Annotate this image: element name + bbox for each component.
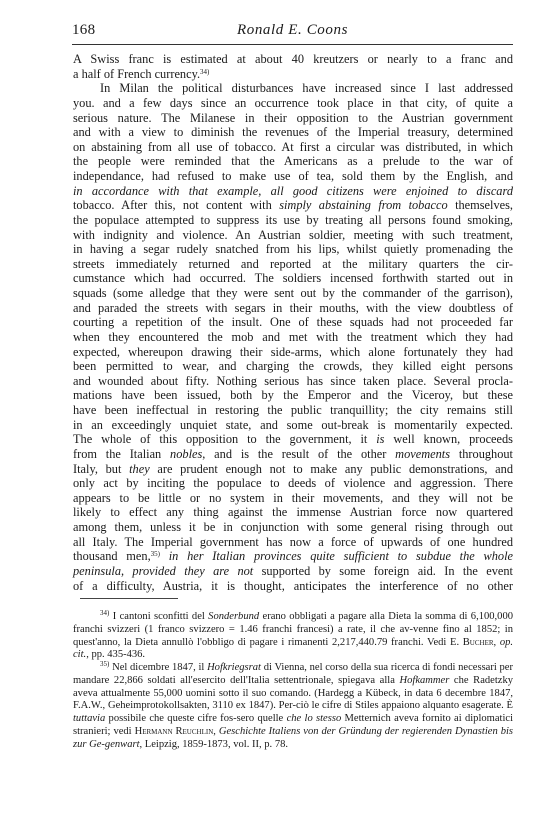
footnotes: 34) I cantoni sconfitti del Sonderbund e… [73, 611, 513, 751]
body-line: peninsula, provided they are not support… [73, 564, 513, 579]
body-line-text: throughout [450, 447, 513, 461]
body-line: the people were reminded that the Americ… [73, 154, 513, 169]
body-line-text: thousand men, [73, 549, 151, 563]
footnote-ref-34[interactable]: 34) [200, 68, 209, 76]
body-line: and paraded the streets with segars in t… [73, 301, 513, 316]
body-line: squads (some alledge that they were sent… [73, 286, 513, 301]
body-line: expected, whereupon drawing their side-a… [73, 345, 513, 360]
footnote-number: 35) [100, 660, 109, 668]
body-line-text: well known, proceeds [384, 432, 513, 446]
body-text: A Swiss franc is estimated at about 40 k… [73, 52, 513, 593]
emphasis: Hofkriegsrat [207, 662, 261, 673]
body-line: in an exceedingly unquiet state, and som… [73, 418, 513, 433]
body-line: been permitted to wear, and charging the… [73, 359, 513, 374]
body-line: of a difficulty, Austria, it is thought,… [73, 579, 513, 594]
body-line-text: Italy, but [73, 462, 129, 476]
body-line: in having a segar rudely snatched from h… [73, 242, 513, 257]
emphasis: Sonderbund [208, 611, 259, 622]
body-line: when they encountered the mob and met wi… [73, 330, 513, 345]
emphasis: movements [395, 447, 450, 461]
emphasis: in her Italian provinces quite sufficien… [169, 549, 513, 563]
body-line-text: , and is the result of the other [202, 447, 395, 461]
footnote-text: , Leipzig, 1859-1873, vol. II, p. 78. [140, 739, 289, 750]
footnote-35: 35) Nel dicembre 1847, il Hofkriegsrat d… [73, 662, 513, 751]
body-line: A Swiss franc is estimated at about 40 k… [73, 52, 513, 67]
body-line: all Italy. The Imperial government has n… [73, 535, 513, 550]
body-line-text: The whole of this opposition to the gove… [73, 432, 376, 446]
footnote-ref-35[interactable]: 35) [151, 550, 160, 558]
emphasis: nobles [170, 447, 202, 461]
header-rule [72, 44, 513, 45]
body-line: independance, had refused to make use of… [73, 169, 513, 184]
body-line: and wounded about fifty. Nothing serious… [73, 374, 513, 389]
body-line-text: a half of French currency. [73, 67, 200, 81]
body-line: mations have been issued, both by the Em… [73, 388, 513, 403]
footnote-34: 34) I cantoni sconfitti del Sonderbund e… [73, 611, 513, 662]
emphasis: are not [213, 564, 253, 578]
emphasis: Hofkammer [400, 675, 450, 686]
body-line: thousand men,35) in her Italian province… [73, 549, 513, 564]
emphasis: tuttavia [73, 713, 105, 724]
body-line: have been ineffectual in restoring the p… [73, 403, 513, 418]
body-line: courting a repetition of the insult. One… [73, 315, 513, 330]
body-line: with indignity and violence. An Austrian… [73, 228, 513, 243]
body-line: likely to effect any thing against the i… [73, 505, 513, 520]
body-line-text: supported by some foreign aid. In the ev… [253, 564, 513, 578]
running-head: 168 Ronald E. Coons [72, 22, 513, 40]
footnote-number: 34) [100, 609, 109, 617]
emphasis: simply abstaining from tobacco [279, 198, 447, 212]
body-line: streets immediately returned and reporte… [73, 257, 513, 272]
footnote-text: I cantoni sconfitti del [113, 611, 208, 622]
document-page: 168 Ronald E. Coons A Swiss franc is est… [0, 0, 550, 814]
footnote-text: possibile che queste cifre fos-sero quel… [105, 713, 286, 724]
body-line: serious nature. The Milanese in their op… [73, 111, 513, 126]
emphasis: peninsula, provided they [73, 564, 213, 578]
emphasis: they [129, 462, 150, 476]
footnote-text: , pp. 435-436. [86, 649, 145, 660]
body-line: The whole of this opposition to the gove… [73, 432, 513, 447]
footnote-text: Nel dicembre 1847, il [112, 662, 207, 673]
body-line: tobacco. After this, not content with si… [73, 198, 513, 213]
emphasis: che lo stesso [287, 713, 342, 724]
body-line: a half of French currency.34) [73, 67, 513, 82]
body-line: you. and a few days since an occurrence … [73, 96, 513, 111]
body-line: In Milan the political disturbances have… [73, 81, 513, 96]
body-line-text: from the Italian [73, 447, 170, 461]
running-title: Ronald E. Coons [72, 22, 513, 39]
body-line: from the Italian nobles, and is the resu… [73, 447, 513, 462]
body-line: appears to be little or no system in the… [73, 491, 513, 506]
body-line: among them, unless it be in conjunction … [73, 520, 513, 535]
body-line-text: are prudent enough not to make any publi… [150, 462, 513, 476]
author-name: Hermann Reuchlin [135, 726, 214, 737]
body-line: and with a view to diminish the revenues… [73, 125, 513, 140]
footnote-rule [80, 598, 178, 599]
body-line: cumstance which had occurred. The soldie… [73, 271, 513, 286]
body-line: on abstaining from all use of tobacco. A… [73, 140, 513, 155]
body-line: the populace attempted to suppress its u… [73, 213, 513, 228]
body-line-text: tobacco. After this, not content with [73, 198, 279, 212]
body-line: only act by inciting the populace to dee… [73, 476, 513, 491]
body-line: in accordance with that example, all goo… [73, 184, 513, 199]
body-line: Italy, but they are prudent enough not t… [73, 462, 513, 477]
author-name: Bucher [463, 637, 494, 648]
body-line-text: themselves, [448, 198, 513, 212]
